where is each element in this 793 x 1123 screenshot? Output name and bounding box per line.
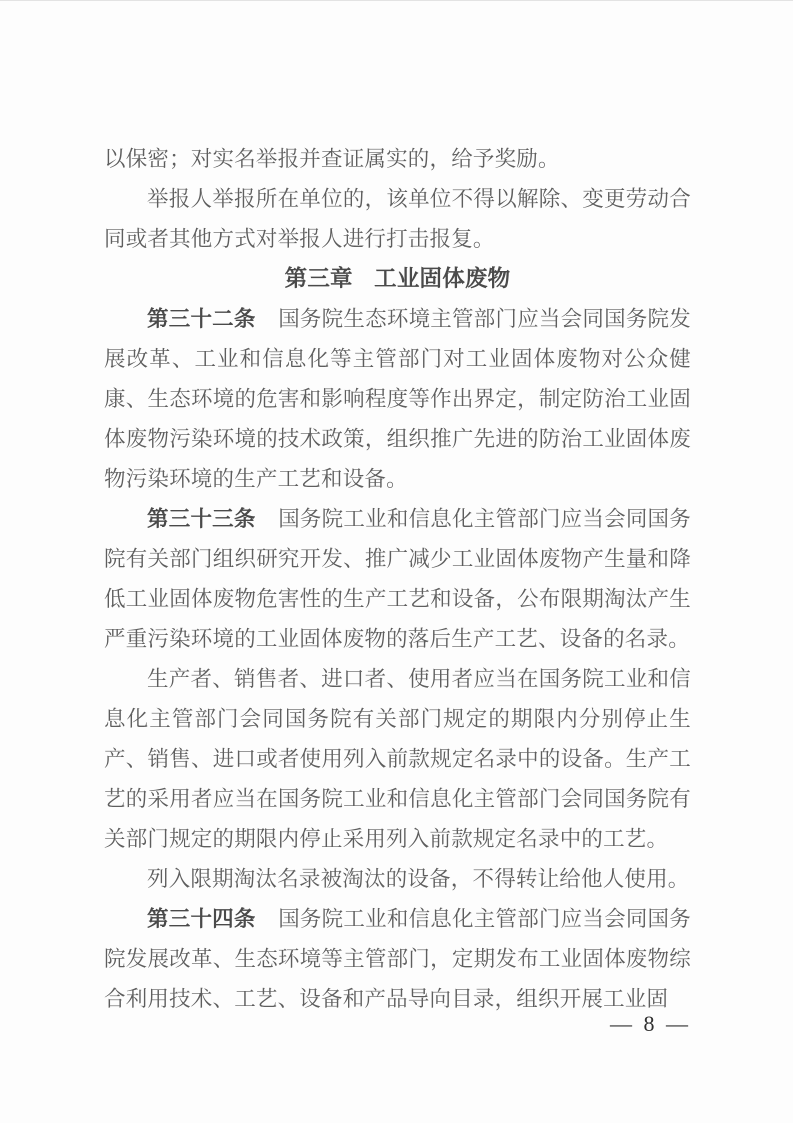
article-paragraph-32: 第三十二条国务院生态环境主管部门应当会同国务院发展改革、工业和信息化等主管部门对… [104,299,691,499]
paragraph: 生产者、销售者、进口者、使用者应当在国务院工业和信息化主管部门会同国务院有关部门… [104,659,691,859]
document-page: 以保密；对实名举报并查证属实的，给予奖励。 举报人举报所在单位的，该单位不得以解… [0,0,793,1123]
article-paragraph-34: 第三十四条国务院工业和信息化主管部门应当会同国务院发展改革、生态环境等主管部门，… [104,899,691,1019]
article-text-32: 国务院生态环境主管部门应当会同国务院发展改革、工业和信息化等主管部门对工业固体废… [104,307,691,491]
article-number-32: 第三十二条 [147,307,256,331]
article-number-33: 第三十三条 [147,507,256,531]
paragraph: 列入限期淘汰名录被淘汰的设备，不得转让给他人使用。 [104,859,691,899]
chapter-title: 工业固体废物 [374,266,510,291]
article-number-34: 第三十四条 [147,907,256,931]
article-paragraph-33: 第三十三条国务院工业和信息化主管部门应当会同国务院有关部门组织研究开发、推广减少… [104,499,691,659]
chapter-number: 第三章 [285,266,353,291]
text-block: 以保密；对实名举报并查证属实的，给予奖励。 举报人举报所在单位的，该单位不得以解… [104,139,691,1019]
paragraph-continuation: 以保密；对实名举报并查证属实的，给予奖励。 [104,139,691,179]
page-number: — 8 — [610,1009,691,1039]
chapter-heading: 第三章工业固体废物 [104,259,691,299]
paragraph: 举报人举报所在单位的，该单位不得以解除、变更劳动合同或者其他方式对举报人进行打击… [104,179,691,259]
